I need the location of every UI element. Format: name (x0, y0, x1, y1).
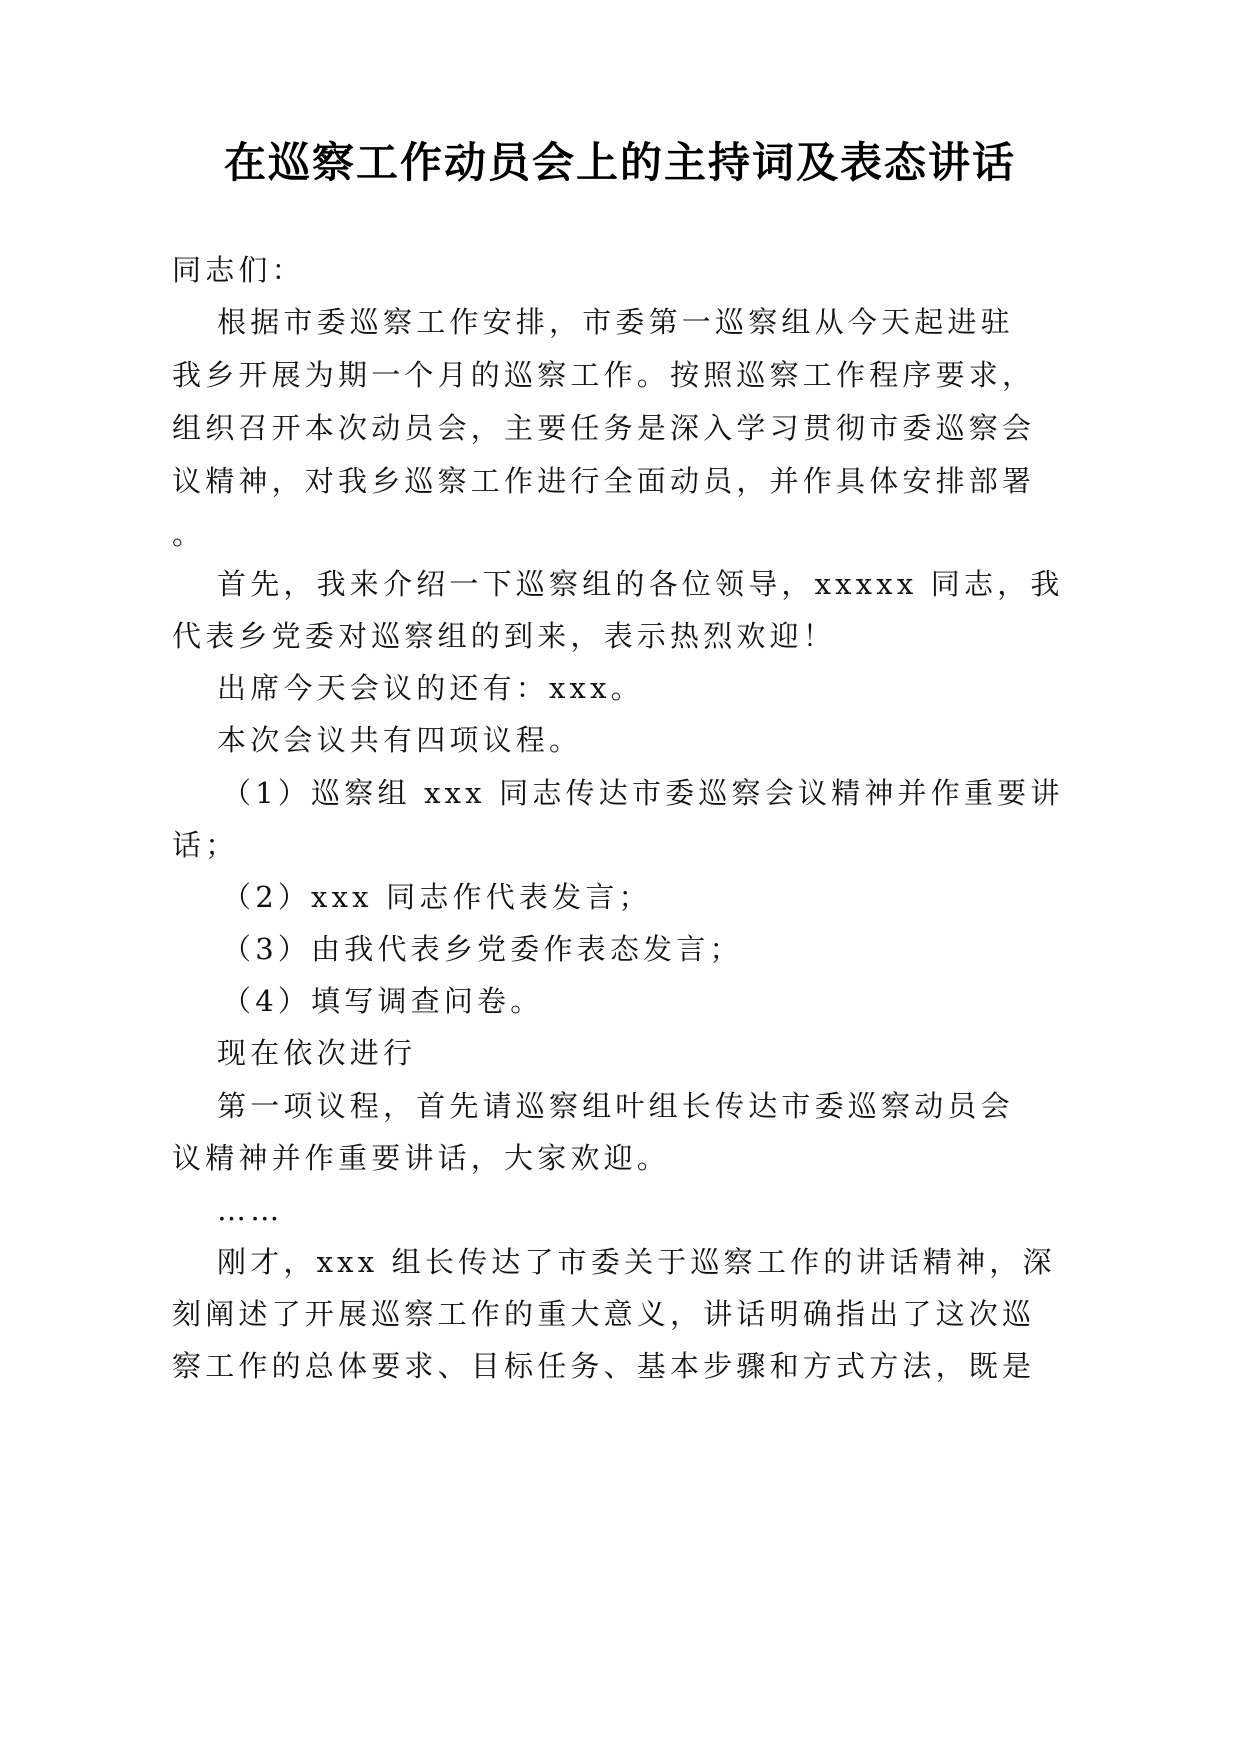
paragraph-line: 刚才，xxx 组长传达了市委关于巡察工作的讲话精神，深 (217, 1244, 1097, 1280)
agenda-item-1: （1）巡察组 xxx 同志传达市委巡察会议精神并作重要讲 (222, 775, 1102, 811)
document-title: 在巡察工作动员会上的主持词及表态讲话 (0, 138, 1240, 188)
paragraph-line: 第一项议程，首先请巡察组叶组长传达市委巡察动员会 (217, 1088, 1097, 1124)
paragraph-line: 刻阐述了开展巡察工作的重大意义，讲话明确指出了这次巡 (172, 1296, 1052, 1332)
agenda-item-3: （3）由我代表乡党委作表态发言； (222, 931, 1102, 967)
paragraph-line: 话； (172, 827, 1052, 863)
document-page: 在巡察工作动员会上的主持词及表态讲话 同志们： 根据市委巡察工作安排，市委第一巡… (0, 0, 1240, 1753)
paragraph-line: 现在依次进行 (217, 1035, 1097, 1071)
paragraph-line: 我乡开展为期一个月的巡察工作。按照巡察工作程序要求， (172, 357, 1052, 393)
paragraph-line: 议精神并作重要讲话，大家欢迎。 (172, 1140, 1052, 1176)
paragraph-line: 代表乡党委对巡察组的到来，表示热烈欢迎！ (172, 618, 1052, 654)
paragraph-line: 议精神，对我乡巡察工作进行全面动员，并作具体安排部署 (172, 463, 1052, 499)
ellipsis-line: …… (217, 1192, 1097, 1228)
salutation: 同志们： (172, 252, 1052, 288)
paragraph-line: 出席今天会议的还有：xxx。 (217, 670, 1097, 706)
paragraph-line: 本次会议共有四项议程。 (217, 722, 1097, 758)
paragraph-line: 根据市委巡察工作安排，市委第一巡察组从今天起进驻 (217, 304, 1097, 340)
paragraph-line: 察工作的总体要求、目标任务、基本步骤和方式方法，既是 (172, 1348, 1052, 1384)
paragraph-line: 。 (172, 516, 1052, 552)
agenda-item-2: （2）xxx 同志作代表发言； (222, 879, 1102, 915)
agenda-item-4: （4）填写调查问卷。 (222, 983, 1102, 1019)
paragraph-line: 首先，我来介绍一下巡察组的各位领导，xxxxx 同志，我 (217, 566, 1097, 602)
paragraph-line: 组织召开本次动员会，主要任务是深入学习贯彻市委巡察会 (172, 410, 1052, 446)
